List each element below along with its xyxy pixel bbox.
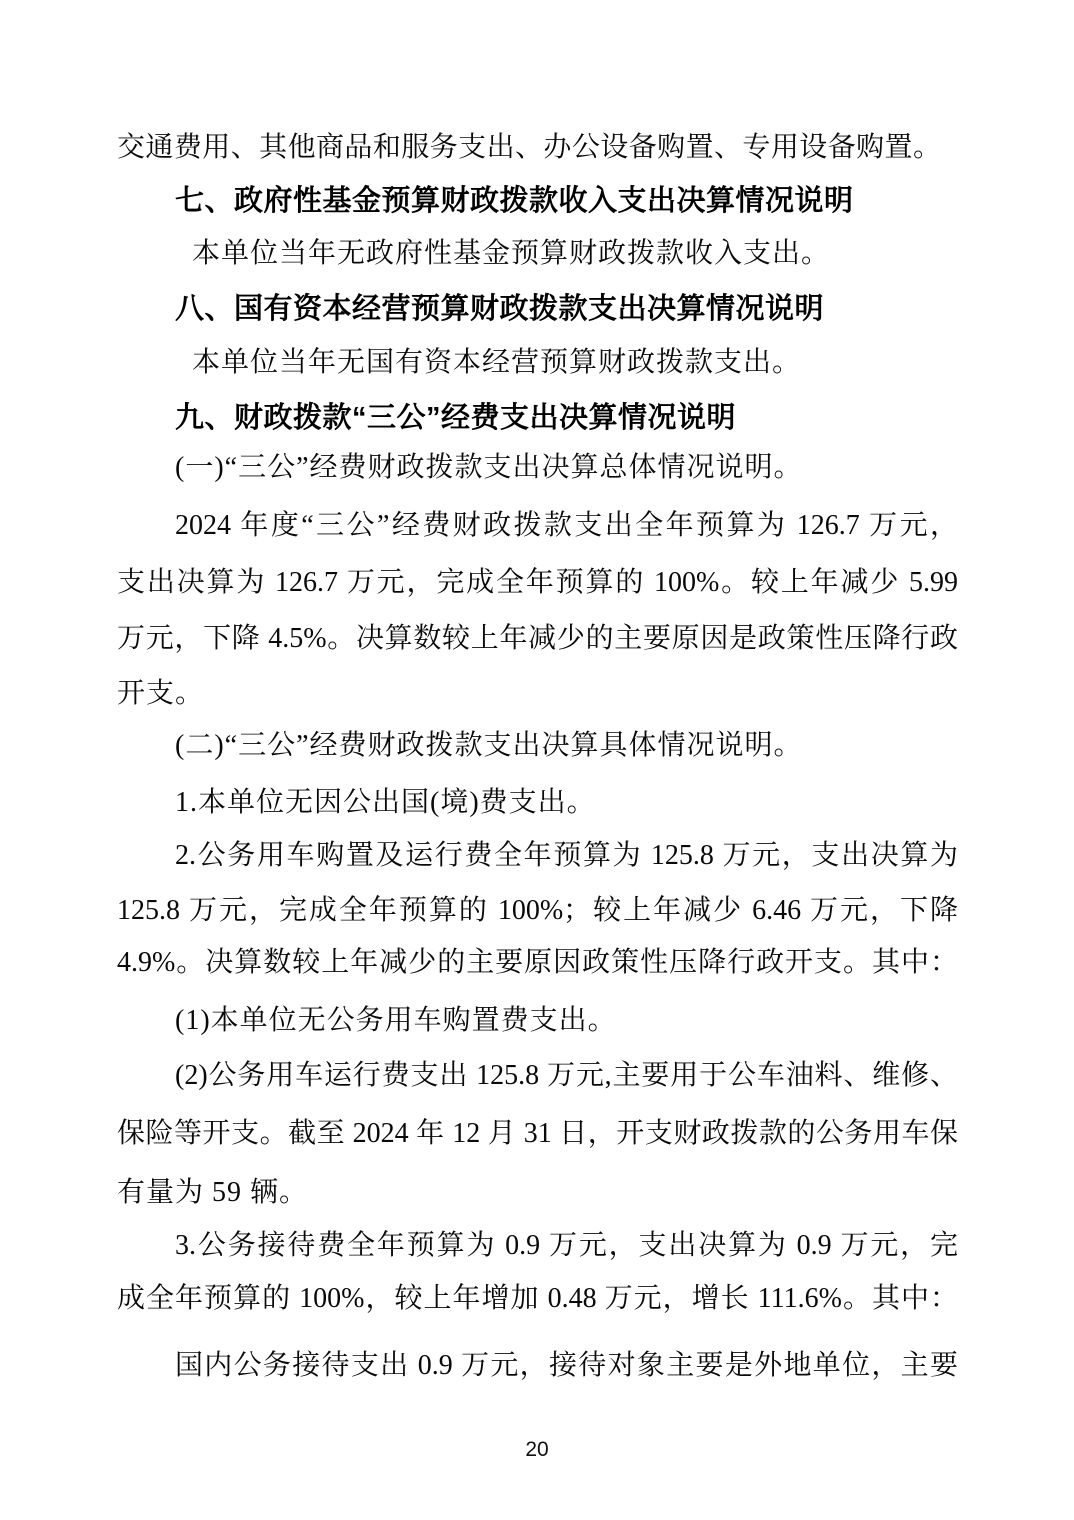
- section-heading-seven: 七、政府性基金预算财政拨款收入支出决算情况说明: [175, 180, 854, 222]
- paragraph-overall-line-4: 开支。: [117, 673, 204, 715]
- section-heading-nine: 九、财政拨款“三公”经费支出决算情况说明: [175, 397, 736, 439]
- section-heading-eight: 八、国有资本经营预算财政拨款支出决算情况说明: [175, 288, 824, 330]
- page-number: 20: [0, 1438, 1074, 1462]
- paragraph-reception-line-2: 成全年预算的 100%，较上年增加 0.48 万元，增长 111.6%。其中：: [117, 1278, 958, 1320]
- paragraph-domestic-reception-line: 国内公务接待支出 0.9 万元，接待对象主要是外地单位，主要: [175, 1345, 958, 1387]
- paragraph-vehicle-operation-line-1: (2)公务用车运行费支出 125.8 万元,主要用于公车油料、维修、: [175, 1055, 958, 1097]
- paragraph-vehicle-line-2: 125.8 万元，完成全年预算的 100%；较上年减少 6.46 万元，下降: [117, 890, 958, 932]
- document-page: 交通费用、其他商品和服务支出、办公设备购置、专用设备购置。 七、政府性基金预算财…: [0, 0, 1074, 1520]
- paragraph-overall-line-3: 万元，下降 4.5%。决算数较上年减少的主要原因是政策性压降行政: [117, 618, 958, 660]
- subsection-overall-title: (一)“三公”经费财政拨款支出决算总体情况说明。: [175, 447, 803, 489]
- paragraph-vehicle-line-1: 2.公务用车购置及运行费全年预算为 125.8 万元，支出决算为: [175, 835, 958, 877]
- paragraph-vehicle-operation-line-3: 有量为 59 辆。: [117, 1172, 308, 1214]
- paragraph-vehicle-line-3: 4.9%。决算数较上年减少的主要原因政策性压降行政开支。其中：: [117, 942, 958, 984]
- paragraph-vehicle-operation-line-2: 保险等开支。截至 2024 年 12 月 31 日，开支财政拨款的公务用车保: [117, 1113, 958, 1155]
- item-no-vehicle-purchase: (1)本单位无公务用车购置费支出。: [175, 1000, 617, 1042]
- paragraph-continuation-line: 交通费用、其他商品和服务支出、办公设备购置、专用设备购置。: [117, 127, 941, 169]
- subsection-detail-title: (二)“三公”经费财政拨款支出决算具体情况说明。: [175, 725, 803, 767]
- paragraph-overall-line-2: 支出决算为 126.7 万元，完成全年预算的 100%。较上年减少 5.99: [117, 562, 958, 604]
- paragraph-overall-line-1: 2024 年度“三公”经费财政拨款支出全年预算为 126.7 万元，: [175, 505, 958, 547]
- item-no-abroad-expense: 1.本单位无因公出国(境)费支出。: [175, 782, 596, 824]
- paragraph-no-govfund-expense: 本单位当年无政府性基金预算财政拨款收入支出。: [192, 233, 830, 275]
- paragraph-reception-line-1: 3.公务接待费全年预算为 0.9 万元，支出决算为 0.9 万元，完: [175, 1225, 958, 1267]
- paragraph-no-statecapital-expense: 本单位当年无国有资本经营预算财政拨款支出。: [192, 342, 801, 384]
